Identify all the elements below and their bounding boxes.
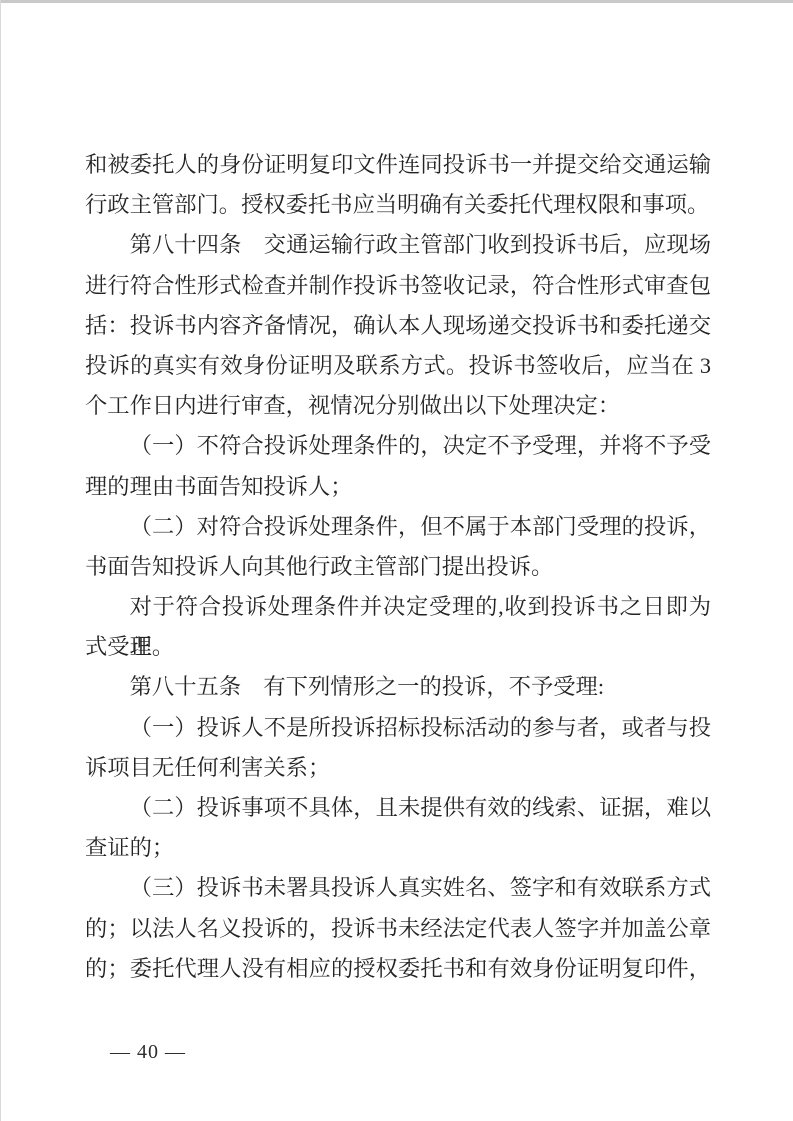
text-line: 个工作日内进行审查，视情况分别做出以下处理决定： <box>85 386 711 426</box>
page-number: — 40 — <box>110 1041 186 1064</box>
text-line: 投诉的真实有效身份证明及联系方式。投诉书签收后，应当在 3 <box>85 346 711 386</box>
text-line: 第八十四条 交通运输行政主管部门收到投诉书后，应现场 <box>85 225 711 265</box>
text-line: （二）对符合投诉处理条件，但不属于本部门受理的投诉， <box>85 507 711 547</box>
scan-edge-left <box>0 0 1 1121</box>
document-body: 和被委托人的身份证明复印文件连同投诉书一并提交给交通运输行政主管部门。授权委托书… <box>85 145 711 989</box>
text-line: （三）投诉书未署具投诉人真实姓名、签字和有效联系方式 <box>85 868 711 908</box>
text-line: 的；委托代理人没有相应的授权委托书和有效身份证明复印件， <box>85 949 711 989</box>
text-line: 书面告知投诉人向其他行政主管部门提出投诉。 <box>85 547 711 587</box>
text-line: 括：投诉书内容齐备情况，确认本人现场递交投诉书和委托递交 <box>85 306 711 346</box>
text-line: （一）不符合投诉处理条件的，决定不予受理，并将不予受 <box>85 426 711 466</box>
text-line: 进行符合性形式检查并制作投诉书签收记录，符合性形式审查包 <box>85 266 711 306</box>
text-line: 对于符合投诉处理条件并决定受理的,收到投诉书之日即为正 <box>85 587 711 627</box>
text-line: （一）投诉人不是所投诉招标投标活动的参与者，或者与投 <box>85 708 711 748</box>
text-line: 式受理。 <box>85 627 711 667</box>
text-line: 的；以法人名义投诉的，投诉书未经法定代表人签字并加盖公章 <box>85 909 711 949</box>
text-line: （二）投诉事项不具体，且未提供有效的线索、证据，难以 <box>85 788 711 828</box>
text-line: 理的理由书面告知投诉人； <box>85 467 711 507</box>
text-line: 诉项目无任何利害关系； <box>85 748 711 788</box>
text-line: 查证的； <box>85 828 711 868</box>
text-line: 和被委托人的身份证明复印文件连同投诉书一并提交给交通运输 <box>85 145 711 185</box>
document-page: 和被委托人的身份证明复印文件连同投诉书一并提交给交通运输行政主管部门。授权委托书… <box>0 0 793 1121</box>
text-line: 第八十五条 有下列情形之一的投诉，不予受理: <box>85 667 711 707</box>
scan-edge-top <box>0 0 793 3</box>
text-line: 行政主管部门。授权委托书应当明确有关委托代理权限和事项。 <box>85 185 711 225</box>
